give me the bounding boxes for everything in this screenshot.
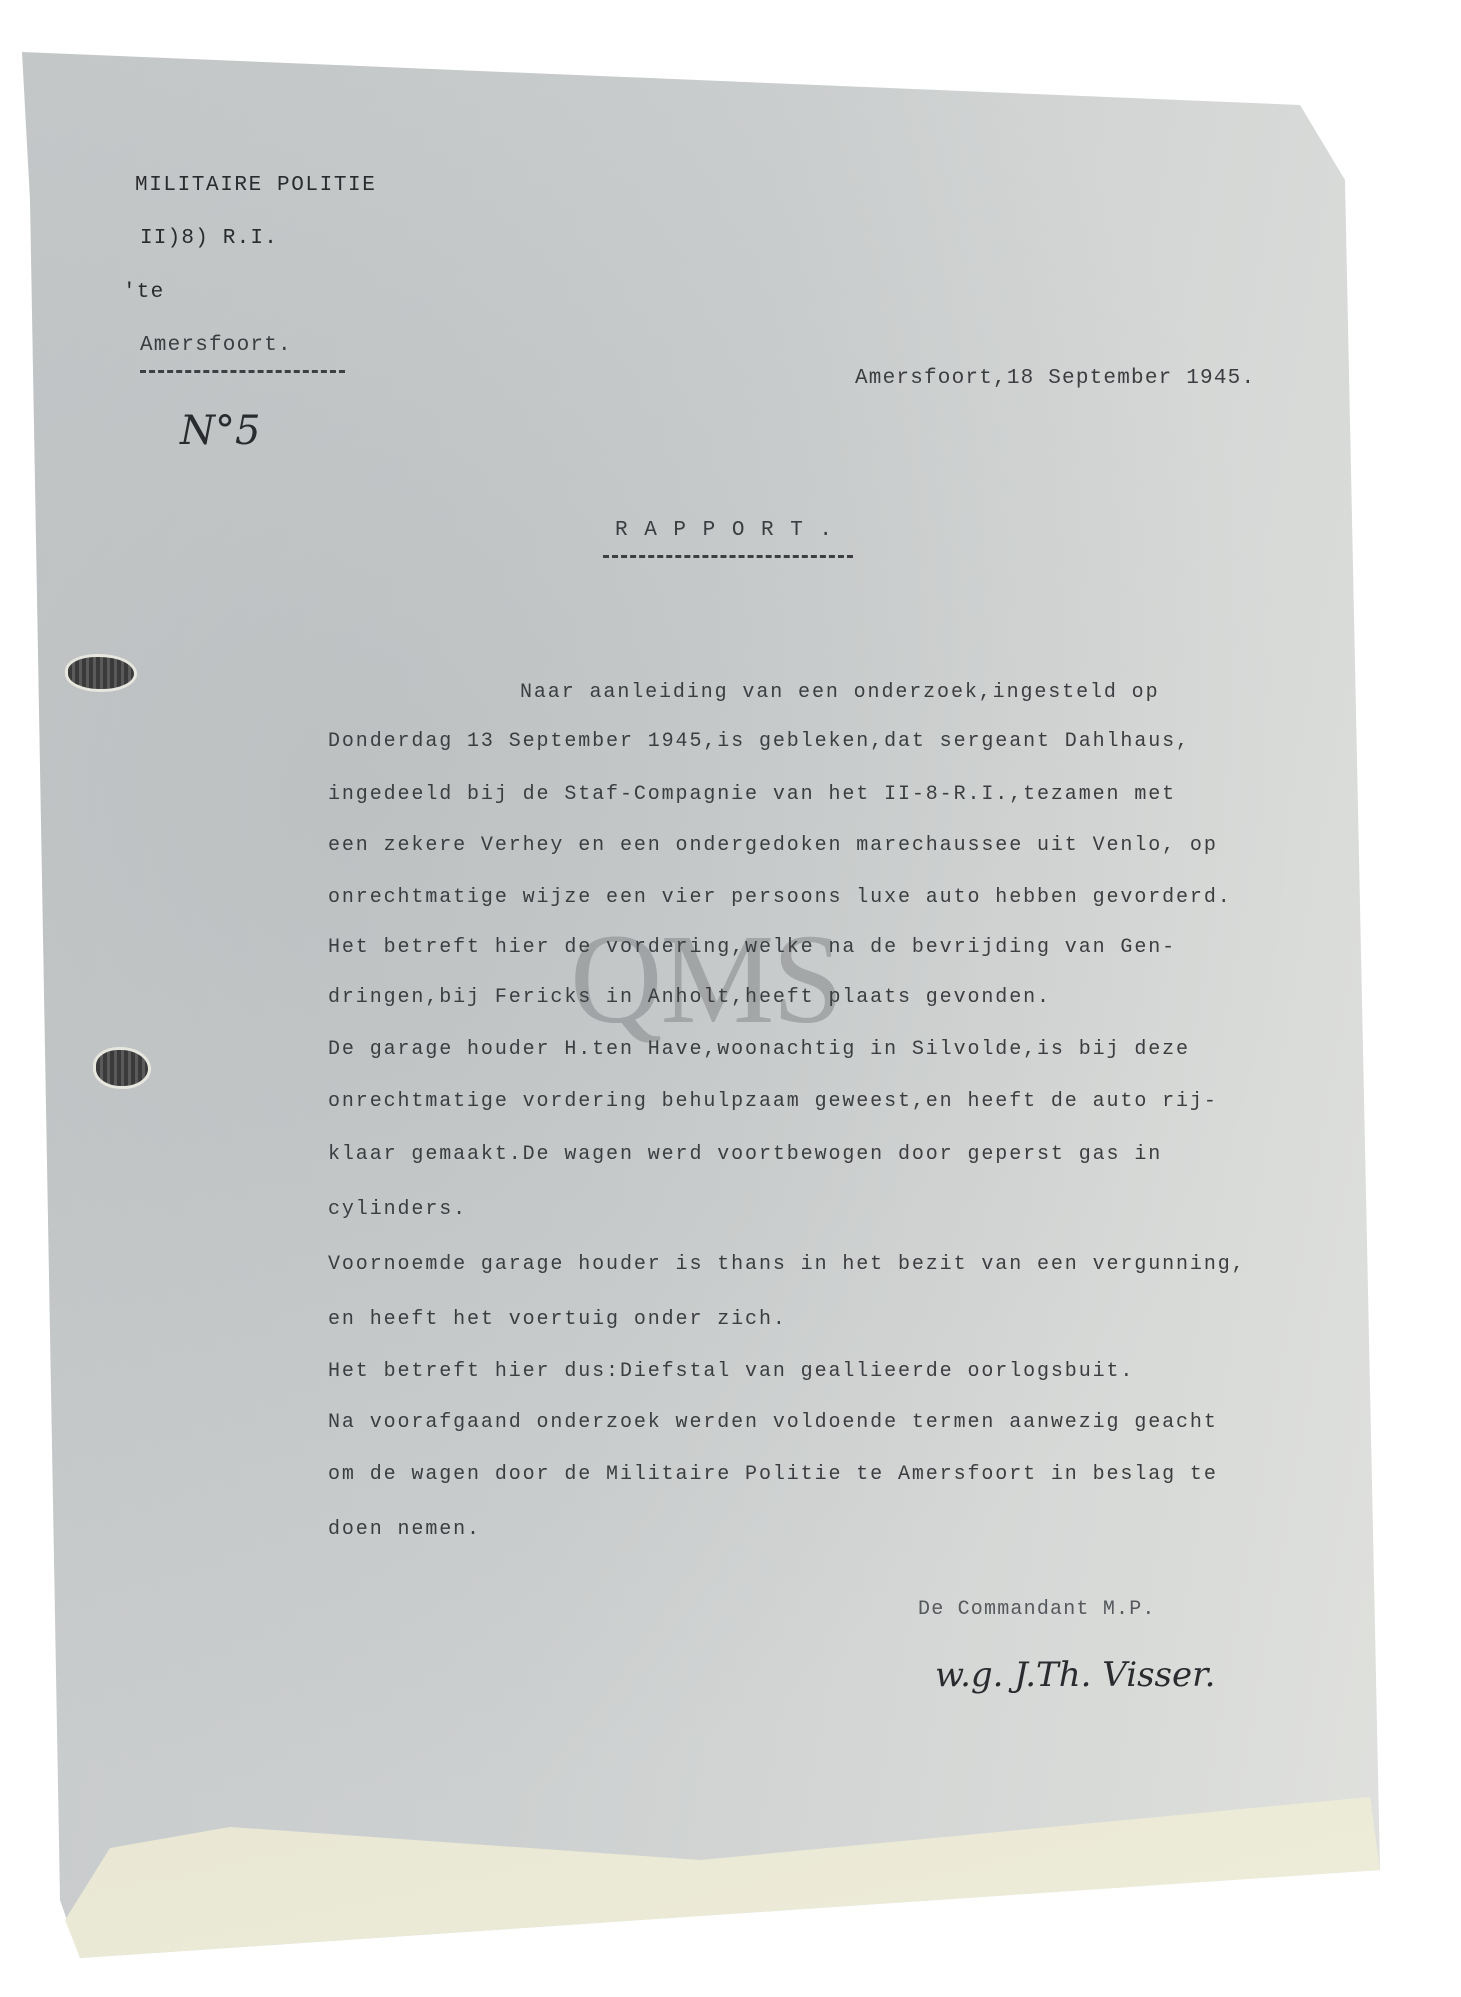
punch-hole-bottom bbox=[96, 1050, 148, 1086]
body-line: Voornoemde garage houder is thans in het… bbox=[328, 1255, 1246, 1275]
body-line: Het betreft hier dus:Diefstal van gealli… bbox=[328, 1362, 1134, 1382]
body-line: cylinders. bbox=[328, 1200, 467, 1220]
body-line: Na voorafgaand onderzoek werden voldoend… bbox=[328, 1413, 1218, 1433]
letterhead-underline bbox=[140, 370, 345, 373]
handwritten-signature: w.g. J.Th. Visser. bbox=[935, 1655, 1215, 1695]
letterhead-line-3: 'te bbox=[123, 282, 164, 303]
body-line: onrechtmatige vordering behulpzaam gewee… bbox=[328, 1092, 1218, 1112]
body-line: een zekere Verhey en een ondergedoken ma… bbox=[328, 836, 1218, 856]
punch-hole-top bbox=[68, 657, 134, 689]
body-line: en heeft het voertuig onder zich. bbox=[328, 1310, 787, 1330]
letterhead-line-1: MILITAIRE POLITIE bbox=[135, 175, 376, 196]
letterhead-line-4: Amersfoort. bbox=[140, 335, 292, 356]
letterhead-line-2: II)8) R.I. bbox=[140, 228, 278, 249]
signatory-title: De Commandant M.P. bbox=[918, 1600, 1156, 1620]
body-line: Het betreft hier de vordering,welke na d… bbox=[328, 938, 1176, 958]
body-line: ingedeeld bij de Staf-Compagnie van het … bbox=[328, 785, 1176, 805]
body-line: Naar aanleiding van een onderzoek,ingest… bbox=[520, 683, 1160, 703]
body-line: De garage houder H.ten Have,woonachtig i… bbox=[328, 1040, 1190, 1060]
body-line: klaar gemaakt.De wagen werd voortbewogen… bbox=[328, 1145, 1162, 1165]
body-line: onrechtmatige wijze een vier persoons lu… bbox=[328, 888, 1232, 908]
report-title: R A P P O R T . bbox=[615, 520, 834, 541]
body-line: dringen,bij Fericks in Anholt,heeft plaa… bbox=[328, 988, 1051, 1008]
date-line: Amersfoort,18 September 1945. bbox=[855, 368, 1255, 389]
report-title-underline bbox=[603, 555, 853, 558]
watermark: QMS bbox=[570, 915, 841, 1043]
body-line: om de wagen door de Militaire Politie te… bbox=[328, 1465, 1218, 1485]
body-line: Donderdag 13 September 1945,is gebleken,… bbox=[328, 732, 1190, 752]
body-line: doen nemen. bbox=[328, 1520, 481, 1540]
handwritten-number: N°5 bbox=[180, 408, 260, 454]
